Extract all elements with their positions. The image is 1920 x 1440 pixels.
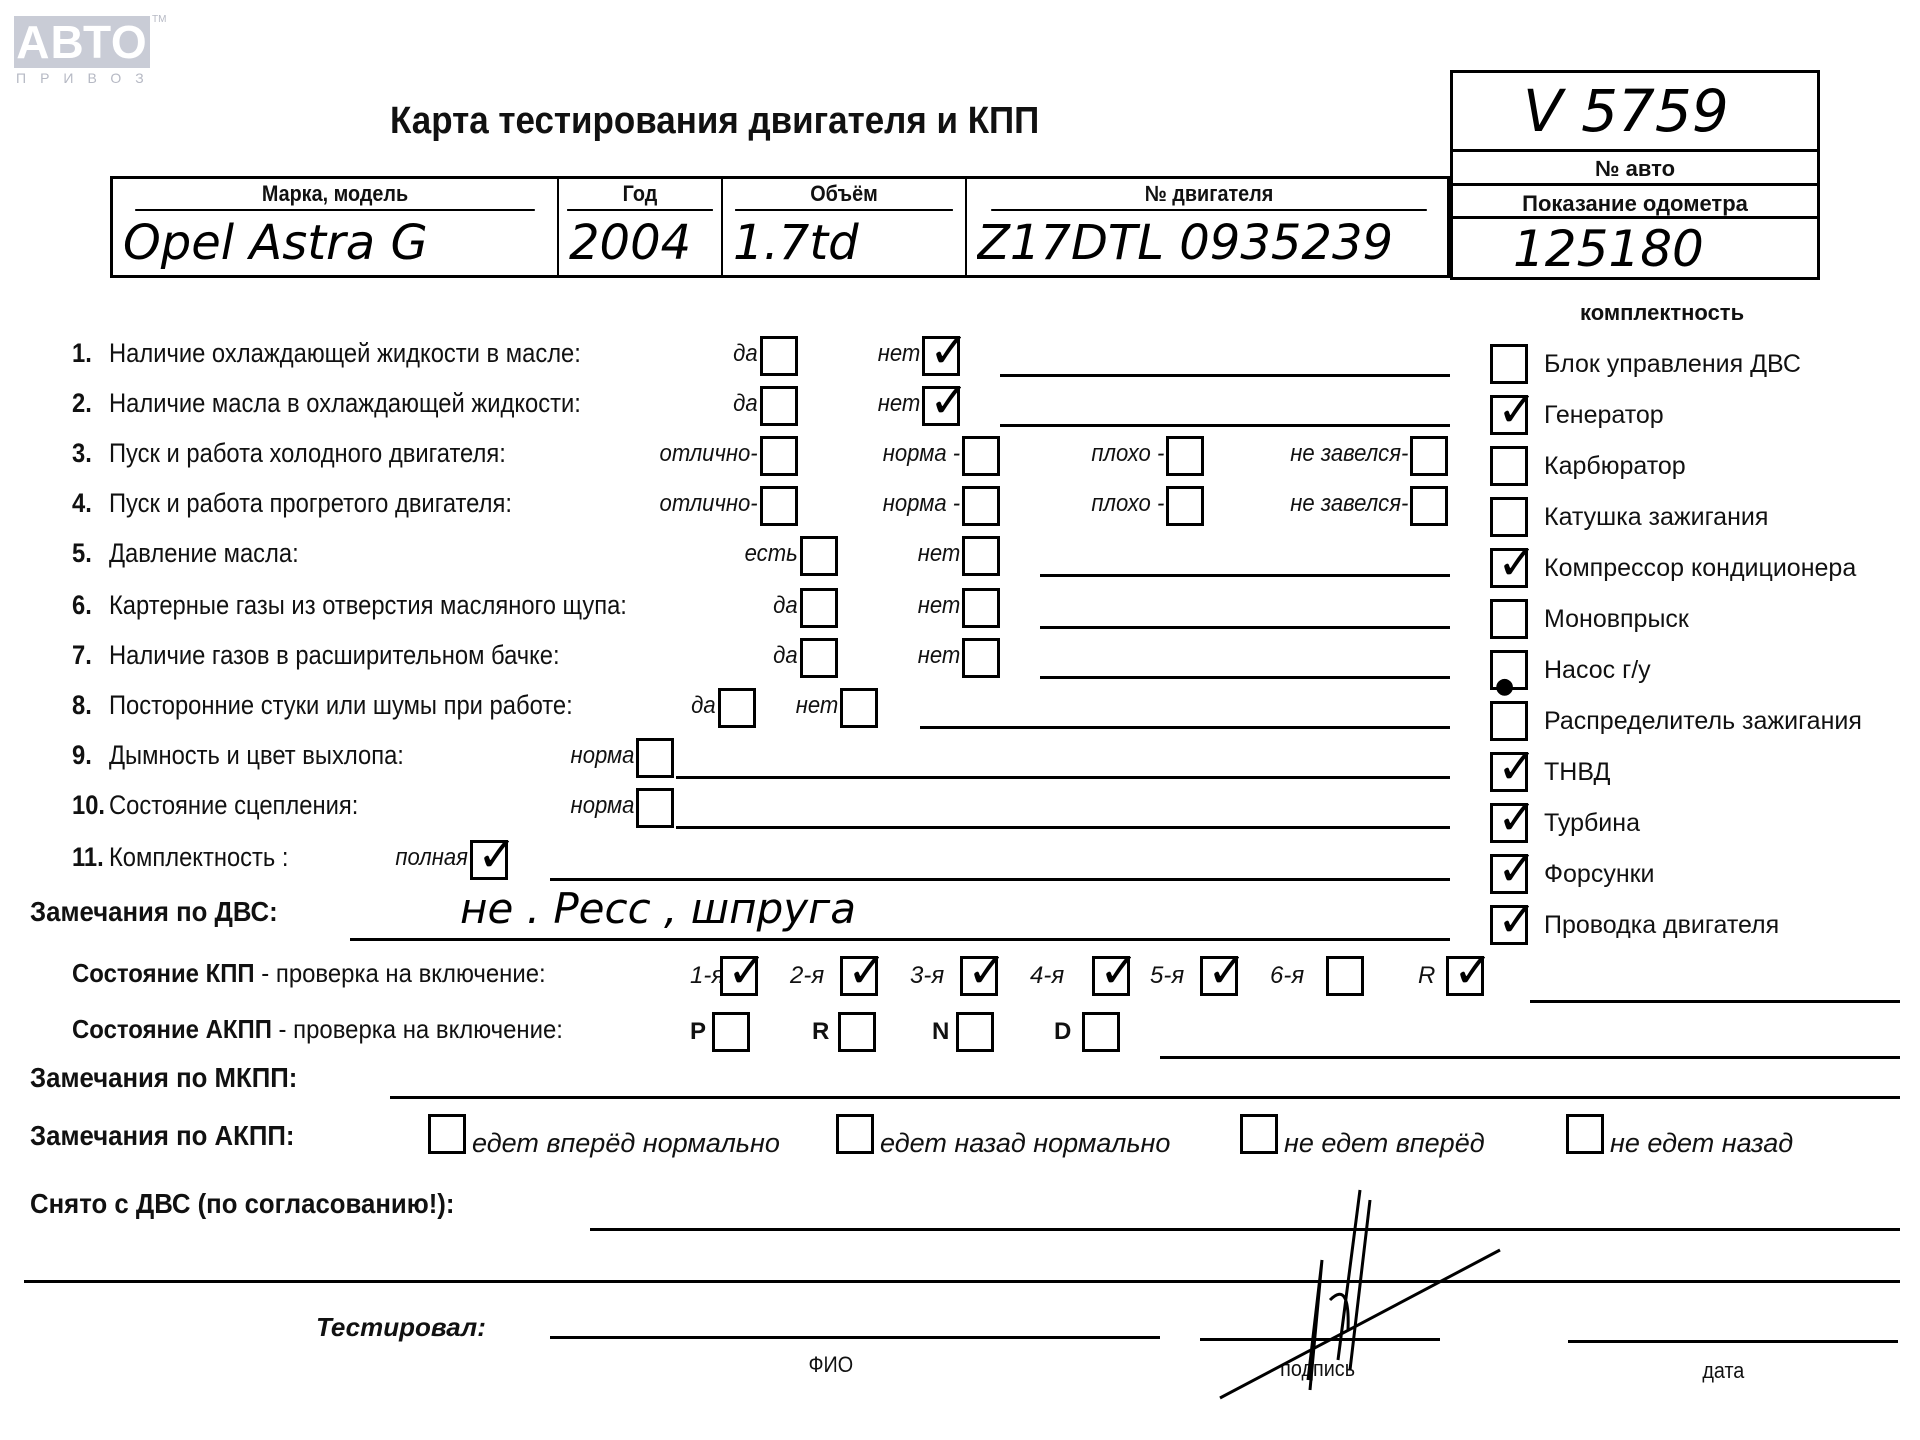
auto-number-box: V 5759 № авто Показание одометра 125180 xyxy=(1450,70,1820,280)
question-text: Состояние сцепления: xyxy=(109,790,358,820)
kit-item-label: Блок управления ДВС xyxy=(1544,350,1801,379)
at-remark-label: едет вперёд нормально xyxy=(472,1128,780,1159)
vehicle-info-table: Марка, модель Opel Astra G Год 2004 Объё… xyxy=(110,176,1450,278)
checkmark-icon: ✓ xyxy=(1497,390,1537,430)
question-text: Посторонние стуки или шумы при работе: xyxy=(109,690,573,720)
question-number: 2. xyxy=(72,388,109,419)
question-number: 10. xyxy=(72,790,109,821)
at-remark-checkbox[interactable] xyxy=(428,1114,466,1154)
gear-checkbox[interactable]: ✓ xyxy=(960,956,998,996)
at-remark-label: не едет назад xyxy=(1610,1128,1793,1159)
kit-checkbox[interactable] xyxy=(1490,701,1528,741)
date-caption: дата xyxy=(1702,1358,1744,1384)
kit-checkbox[interactable]: ✓ xyxy=(1490,752,1528,792)
option-label: нет xyxy=(917,642,960,670)
question-number: 3. xyxy=(72,438,109,469)
option-checkbox[interactable] xyxy=(962,486,1000,526)
question-notes-line[interactable] xyxy=(1040,574,1450,577)
checkmark-icon: ✓ xyxy=(1497,798,1537,838)
removed-label: Снято с ДВС (по согласованию!): xyxy=(30,1188,454,1220)
position-checkbox[interactable] xyxy=(838,1012,876,1052)
option-label: не завелся- xyxy=(1290,440,1408,468)
option-label: полная xyxy=(395,844,468,872)
option-label: нет xyxy=(917,540,960,568)
at-remark-checkbox[interactable] xyxy=(1566,1114,1604,1154)
question-number: 11. xyxy=(72,842,109,873)
kit-checkbox[interactable]: ● xyxy=(1490,650,1528,690)
option-label: да xyxy=(774,592,798,620)
option-checkbox[interactable] xyxy=(962,436,1000,476)
checkmark-icon: ✓ xyxy=(1497,747,1537,787)
question-text: Комплектность : xyxy=(109,842,289,872)
checkmark-icon: ✓ xyxy=(1497,849,1537,889)
position-checkbox[interactable] xyxy=(956,1012,994,1052)
kit-item-label: Катушка зажигания xyxy=(1544,503,1768,532)
tested-by-label: Тестировал: xyxy=(316,1312,486,1343)
question-text: Пуск и работа прогретого двигателя: xyxy=(109,488,512,518)
engine-number-cell: № двигателя Z17DTL 0935239 xyxy=(967,179,1451,275)
kit-checkbox[interactable] xyxy=(1490,344,1528,384)
option-checkbox[interactable] xyxy=(800,588,838,628)
signature-mark xyxy=(1200,1180,1520,1410)
gear-label: R xyxy=(1418,962,1435,990)
option-label: отлично- xyxy=(660,440,758,468)
position-label: D xyxy=(1054,1018,1071,1046)
kit-item-label: ТНВД xyxy=(1544,758,1610,787)
question-notes-line[interactable] xyxy=(1000,424,1450,427)
question-text: Наличие охлаждающей жидкости в масле: xyxy=(109,338,581,368)
checkmark-icon: ✓ xyxy=(727,951,767,991)
option-label: плохо - xyxy=(1091,440,1164,468)
question-text: Картерные газы из отверстия масляного щу… xyxy=(109,590,627,620)
kit-checkbox[interactable] xyxy=(1490,599,1528,639)
at-remarks-label: Замечания по АКПП: xyxy=(30,1120,294,1152)
removed-line-2[interactable] xyxy=(24,1280,1900,1283)
auto-gearbox-title: Состояние АКПП xyxy=(72,1014,272,1044)
engine-remarks-label: Замечания по ДВС: xyxy=(30,896,278,928)
engine-number-value[interactable]: Z17DTL 0935239 xyxy=(977,215,1447,271)
question-label: 5.Давление масла: xyxy=(72,538,299,569)
date-line[interactable] xyxy=(1568,1340,1898,1343)
checkmark-icon: ✓ xyxy=(929,381,969,421)
kit-checkbox[interactable]: ✓ xyxy=(1490,548,1528,588)
question-label: 4.Пуск и работа прогретого двигателя: xyxy=(72,488,512,519)
option-label: отлично- xyxy=(660,490,758,518)
checkmark-icon: ✓ xyxy=(847,951,887,991)
year-cell: Год 2004 xyxy=(559,179,723,275)
column-header: Объём xyxy=(735,179,953,211)
gear-checkbox[interactable]: ✓ xyxy=(840,956,878,996)
volume-cell: Объём 1.7td xyxy=(723,179,967,275)
option-checkbox[interactable] xyxy=(962,638,1000,678)
engine-remarks-line xyxy=(350,938,1450,941)
kit-item-label: Моновпрыск xyxy=(1544,605,1689,634)
gear-label: 6-я xyxy=(1270,962,1304,990)
gear-label: 2-я xyxy=(790,962,824,990)
mt-remarks-line[interactable] xyxy=(390,1096,1900,1099)
kit-checkbox[interactable]: ✓ xyxy=(1490,803,1528,843)
question-notes-line[interactable] xyxy=(1040,676,1450,679)
kit-checkbox[interactable] xyxy=(1490,497,1528,537)
option-label: да xyxy=(734,390,758,418)
mt-remarks-label: Замечания по МКПП: xyxy=(30,1062,297,1094)
auto-gearbox-line xyxy=(1160,1056,1900,1059)
volume-value[interactable]: 1.7td xyxy=(733,215,961,271)
position-checkbox[interactable] xyxy=(1082,1012,1120,1052)
option-label: да xyxy=(692,692,716,720)
question-label: 11.Комплектность : xyxy=(72,842,289,873)
question-notes-line[interactable] xyxy=(676,826,1450,829)
manual-gearbox-line xyxy=(1530,1000,1900,1003)
question-label: 2.Наличие масла в охлаждающей жидкости: xyxy=(72,388,581,419)
position-label: P xyxy=(690,1018,706,1046)
option-checkbox[interactable] xyxy=(636,788,674,828)
option-label: плохо - xyxy=(1091,490,1164,518)
kit-checkbox[interactable]: ✓ xyxy=(1490,395,1528,435)
option-label: есть xyxy=(745,540,798,568)
option-checkbox[interactable] xyxy=(1166,486,1204,526)
option-checkbox[interactable]: ✓ xyxy=(922,386,960,426)
option-label: да xyxy=(774,642,798,670)
column-header: Год xyxy=(567,179,713,211)
kit-item-label: Распределитель зажигания xyxy=(1544,707,1862,736)
question-number: 8. xyxy=(72,690,109,721)
question-notes-line[interactable] xyxy=(676,776,1450,779)
option-checkbox[interactable] xyxy=(636,738,674,778)
option-checkbox[interactable]: ✓ xyxy=(470,840,508,880)
position-label: N xyxy=(932,1018,949,1046)
page-title: Карта тестирования двигателя и КПП xyxy=(390,100,1039,143)
question-notes-line[interactable] xyxy=(1040,626,1450,629)
question-text: Наличие газов в расширительном бачке: xyxy=(109,640,560,670)
question-label: 6.Картерные газы из отверстия масляного … xyxy=(72,590,627,621)
question-text: Давление масла: xyxy=(109,538,299,568)
option-checkbox[interactable] xyxy=(718,688,756,728)
at-remark-checkbox[interactable] xyxy=(1240,1114,1278,1154)
option-checkbox[interactable] xyxy=(962,588,1000,628)
option-checkbox[interactable] xyxy=(800,536,838,576)
gear-checkbox[interactable]: ✓ xyxy=(1200,956,1238,996)
checkmark-icon: ✓ xyxy=(1453,951,1493,991)
gear-checkbox[interactable]: ✓ xyxy=(720,956,758,996)
question-number: 6. xyxy=(72,590,109,621)
gear-checkbox[interactable]: ✓ xyxy=(1092,956,1130,996)
option-label: не завелся- xyxy=(1290,490,1408,518)
gear-checkbox[interactable]: ✓ xyxy=(1446,956,1484,996)
option-checkbox[interactable] xyxy=(840,688,878,728)
name-line[interactable] xyxy=(550,1336,1160,1339)
kit-checkbox[interactable]: ✓ xyxy=(1490,905,1528,945)
auto-gearbox-subtitle: - проверка на включение: xyxy=(272,1014,563,1044)
kit-item-label: Турбина xyxy=(1544,809,1640,838)
question-label: 1.Наличие охлаждающей жидкости в масле: xyxy=(72,338,581,369)
logo-tm: TM xyxy=(152,14,166,25)
option-checkbox[interactable] xyxy=(800,638,838,678)
option-label: норма xyxy=(570,792,634,820)
option-checkbox[interactable] xyxy=(1410,436,1448,476)
option-label: нет xyxy=(795,692,838,720)
gear-label: 4-я xyxy=(1030,962,1064,990)
question-number: 5. xyxy=(72,538,109,569)
question-text: Пуск и работа холодного двигателя: xyxy=(109,438,506,468)
at-remark-label: едет назад нормально xyxy=(880,1128,1170,1159)
question-label: 10.Состояние сцепления: xyxy=(72,790,358,821)
option-checkbox[interactable]: ✓ xyxy=(922,336,960,376)
question-label: 7.Наличие газов в расширительном бачке: xyxy=(72,640,560,671)
column-header: Марка, модель xyxy=(135,179,535,211)
option-checkbox[interactable] xyxy=(760,386,798,426)
manual-gearbox-title: Состояние КПП xyxy=(72,958,255,988)
option-checkbox[interactable] xyxy=(1166,436,1204,476)
logo: АВТО xyxy=(14,16,150,68)
option-label: да xyxy=(734,340,758,368)
year-value[interactable]: 2004 xyxy=(569,215,717,271)
question-number: 9. xyxy=(72,740,109,771)
manual-gearbox-label: Состояние КПП - проверка на включение: xyxy=(72,958,546,989)
auto-number-value[interactable]: V 5759 xyxy=(1453,73,1817,149)
option-checkbox[interactable] xyxy=(760,436,798,476)
position-label: R xyxy=(812,1018,829,1046)
logo-subtitle: ПРИВОЗ xyxy=(16,70,158,86)
kit-item-label: Форсунки xyxy=(1544,860,1655,889)
kit-checkbox[interactable]: ✓ xyxy=(1490,854,1528,894)
question-notes-line[interactable] xyxy=(920,726,1450,729)
question-number: 4. xyxy=(72,488,109,519)
gear-label: 3-я xyxy=(910,962,944,990)
make-model-value[interactable]: Opel Astra G xyxy=(123,215,553,271)
checkmark-icon: ✓ xyxy=(967,951,1007,991)
option-label: нет xyxy=(917,592,960,620)
option-checkbox[interactable] xyxy=(760,336,798,376)
checkmark-icon: ✓ xyxy=(1207,951,1247,991)
at-remark-checkbox[interactable] xyxy=(836,1114,874,1154)
question-label: 3.Пуск и работа холодного двигателя: xyxy=(72,438,506,469)
kit-checkbox[interactable] xyxy=(1490,446,1528,486)
question-notes-line[interactable] xyxy=(1000,374,1450,377)
question-text: Наличие масла в охлаждающей жидкости: xyxy=(109,388,581,418)
option-checkbox[interactable] xyxy=(760,486,798,526)
kit-item-label: Карбюратор xyxy=(1544,452,1686,481)
column-header: № двигателя xyxy=(991,179,1427,211)
auto-gearbox-label: Состояние АКПП - проверка на включение: xyxy=(72,1014,563,1045)
checkmark-icon: ✓ xyxy=(1099,951,1139,991)
option-label: нет xyxy=(877,340,920,368)
make-model-cell: Марка, модель Opel Astra G xyxy=(113,179,559,275)
question-text: Дымность и цвет выхлопа: xyxy=(109,740,404,770)
name-caption: ФИО xyxy=(808,1352,853,1378)
kit-item-label: Проводка двигателя xyxy=(1544,911,1779,940)
checkmark-icon: ✓ xyxy=(929,331,969,371)
gear-label: 5-я xyxy=(1150,962,1184,990)
at-remark-label: не едет вперёд xyxy=(1284,1128,1485,1159)
question-number: 7. xyxy=(72,640,109,671)
option-checkbox[interactable] xyxy=(1410,486,1448,526)
option-label: норма xyxy=(570,742,634,770)
checkmark-icon: ✓ xyxy=(1497,900,1537,940)
engine-remarks-value[interactable]: не . Ресс , шпруга xyxy=(460,884,856,933)
question-number: 1. xyxy=(72,338,109,369)
odometer-value[interactable]: 125180 xyxy=(1453,219,1817,279)
position-checkbox[interactable] xyxy=(712,1012,750,1052)
option-label: нет xyxy=(877,390,920,418)
option-checkbox[interactable] xyxy=(962,536,1000,576)
question-notes-line[interactable] xyxy=(550,878,1450,881)
option-label: норма - xyxy=(883,440,960,468)
auto-number-label: № авто xyxy=(1453,149,1817,183)
odometer-label: Показание одометра xyxy=(1453,183,1817,219)
checkmark-icon: ✓ xyxy=(477,835,517,875)
option-label: норма - xyxy=(883,490,960,518)
kit-item-label: Генератор xyxy=(1544,401,1664,430)
checkmark-icon: ✓ xyxy=(1497,543,1537,583)
manual-gearbox-subtitle: - проверка на включение: xyxy=(255,958,546,988)
question-label: 9.Дымность и цвет выхлопа: xyxy=(72,740,404,771)
kit-item-label: Компрессор кондиционера xyxy=(1544,554,1856,583)
question-label: 8.Посторонние стуки или шумы при работе: xyxy=(72,690,573,721)
kit-item-label: Насос г/у xyxy=(1544,656,1651,685)
kit-title: комплектность xyxy=(1580,300,1744,326)
gear-checkbox[interactable] xyxy=(1326,956,1364,996)
